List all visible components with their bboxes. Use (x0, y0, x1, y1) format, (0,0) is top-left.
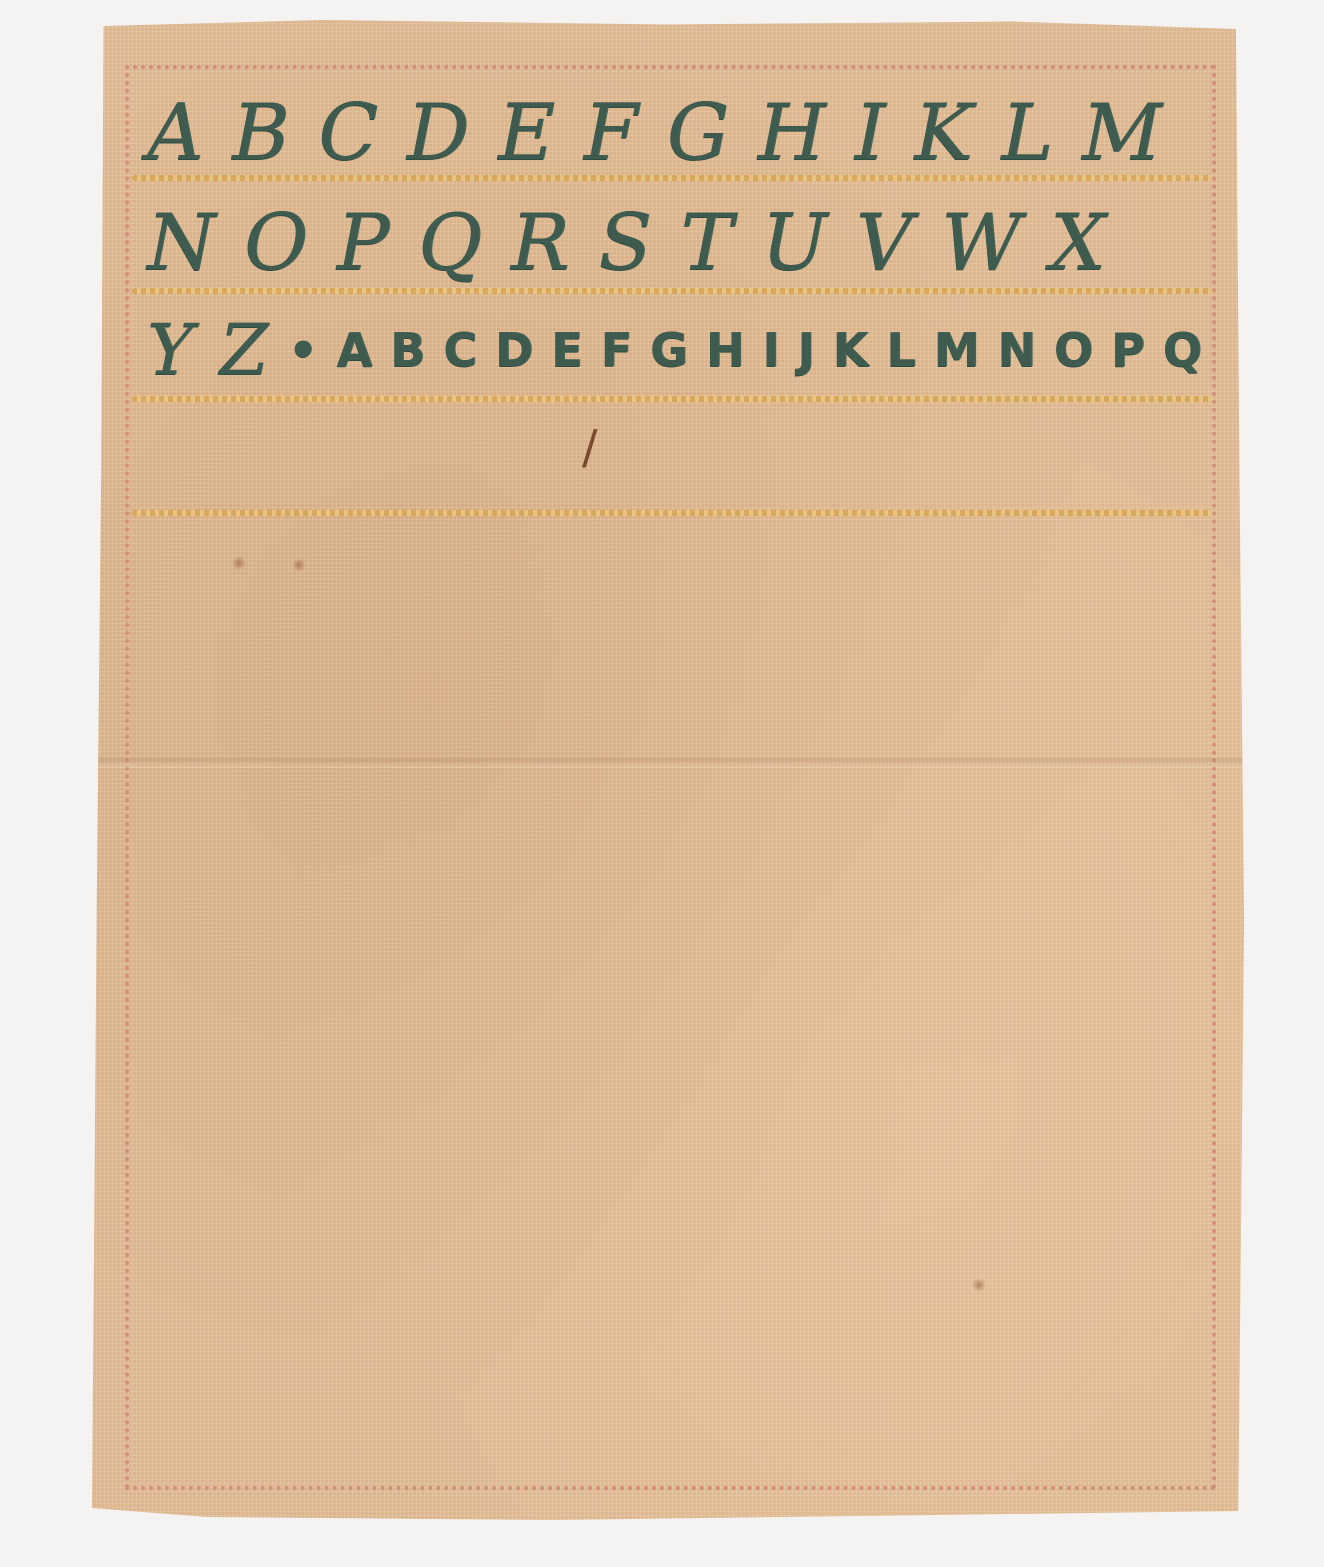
band-divider-4 (132, 510, 1212, 516)
row-1-text: A B C D E F G H I K L M (147, 88, 1164, 178)
unfinished-stitch-mark: / (582, 420, 598, 474)
stain-spot (972, 1278, 986, 1292)
fabric-fold-crease (92, 758, 1244, 768)
row-3-separator: • (288, 323, 318, 377)
stray-stitch-1 (232, 556, 246, 570)
row-3-cursive-text: Y Z (147, 309, 270, 391)
alphabet-row-2: N O P Q R S T U V W X (147, 195, 1204, 290)
alphabet-row-3: Y Z • A B C D E F G H I J K L M N O P Q (147, 305, 1204, 395)
band-divider-1 (132, 175, 1212, 181)
band-divider-2 (132, 288, 1212, 294)
row-2-text: N O P Q R S T U V W X (147, 198, 1108, 288)
band-divider-3 (132, 396, 1212, 402)
sampler-fabric: A B C D E F G H I K L M N O P Q R S T U … (92, 20, 1244, 1520)
alphabet-row-1: A B C D E F G H I K L M (147, 90, 1204, 175)
stray-stitch-2 (292, 558, 306, 572)
row-3-block-text: A B C D E F G H I J K L M N O P Q (337, 323, 1203, 377)
